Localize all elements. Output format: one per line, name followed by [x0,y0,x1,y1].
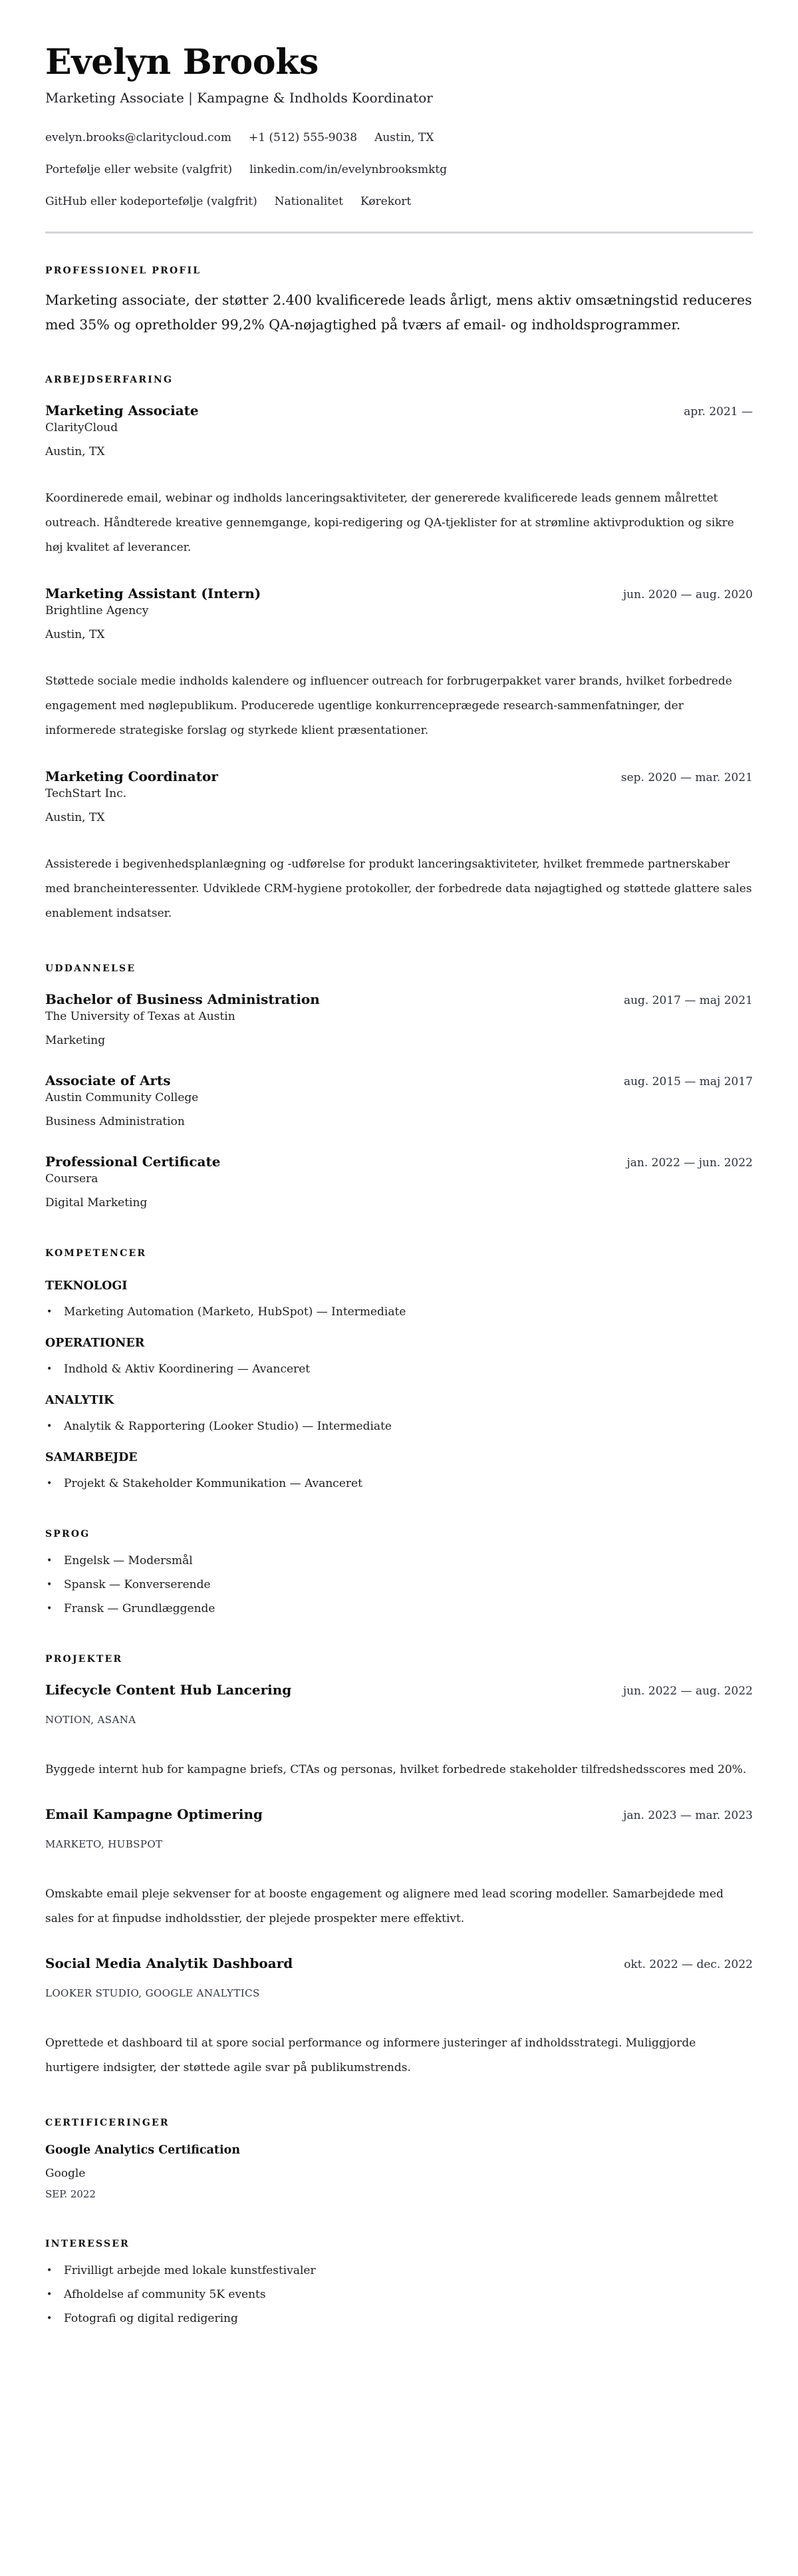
contact-nationality: Nationalitet [275,194,343,210]
job-dates: sep. 2020 — mar. 2021 [621,770,753,786]
job-company: Brightline Agency [45,603,753,619]
section-title-skills: KOMPETENCER [45,1247,753,1260]
contact-row-extra: GitHub eller kodeportefølje (valgfrit) N… [45,194,753,210]
education-dates: aug. 2015 — maj 2017 [624,1074,753,1090]
project-description: Omskabte email pleje sekvenser for at bo… [45,1882,753,1931]
project-header: Social Media Analytik Dashboardokt. 2022… [45,1954,753,1973]
job-location: Austin, TX [45,810,753,826]
header-divider [45,232,753,234]
bullet-icon: • [47,1361,52,1377]
section-title-projects: PROJEKTER [45,1653,753,1666]
degree-title: Professional Certificate [45,1152,220,1171]
job-entry: Marketing Coordinatorsep. 2020 — mar. 20… [45,767,753,926]
language-item-text: Spansk — Konverserende [64,1578,211,1591]
job-header: Marketing Coordinatorsep. 2020 — mar. 20… [45,767,753,786]
contact-row-primary: evelyn.brooks@claritycloud.com +1 (512) … [45,130,753,146]
skill-category-title: OPERATIONER [45,1335,753,1352]
education-dates: aug. 2017 — maj 2021 [624,993,753,1009]
job-title: Marketing Assistant (Intern) [45,584,261,603]
certification-name: Google Analytics Certification [45,2142,753,2159]
education-entry: Associate of Artsaug. 2015 — maj 2017Aus… [45,1071,753,1130]
skill-item: •Marketing Automation (Marketo, HubSpot)… [45,1304,753,1320]
section-languages: SPROG •Engelsk — Modersmål•Spansk — Konv… [45,1528,753,1617]
project-description: Byggede internt hub for kampagne briefs,… [45,1758,753,1782]
education-entry: Professional Certificatejan. 2022 — jun.… [45,1152,753,1211]
contact-portfolio[interactable]: Portefølje eller website (valgfrit) [45,162,232,178]
job-description: Koordinerede email, webinar og indholds … [45,486,753,560]
skill-list: •Indhold & Aktiv Koordinering — Avancere… [45,1361,753,1377]
project-dates: jun. 2022 — aug. 2022 [623,1683,753,1699]
language-item-text: Fransk — Grundlæggende [64,1602,215,1615]
skill-text: Analytik & Rapportering (Looker Studio) … [64,1420,392,1433]
language-item: •Spansk — Konverserende [45,1577,753,1593]
degree-title: Associate of Arts [45,1071,171,1090]
section-experience: ARBEJDSERFARING Marketing Associateapr. … [45,373,753,926]
interest-item: •Afholdelse af community 5K events [45,2287,753,2303]
job-location: Austin, TX [45,627,753,643]
skill-text: Projekt & Stakeholder Kommunikation — Av… [64,1477,362,1490]
project-tools: NOTION, ASANA [45,1712,753,1727]
project-entry: Email Kampagne Optimeringjan. 2023 — mar… [45,1805,753,1931]
bullet-icon: • [47,1577,52,1593]
job-header: Marketing Associateapr. 2021 — [45,401,753,420]
project-tools: LOOKER STUDIO, GOOGLE ANALYTICS [45,1986,753,2001]
project-entry: Social Media Analytik Dashboardokt. 2022… [45,1954,753,2080]
education-dates: jan. 2022 — jun. 2022 [627,1155,753,1171]
bullet-icon: • [47,1304,52,1320]
certification-entry: Google Analytics CertificationGoogleSEP.… [45,2142,753,2201]
job-location: Austin, TX [45,444,753,460]
job-title: Marketing Coordinator [45,767,218,786]
skill-item: •Indhold & Aktiv Koordinering — Avancere… [45,1361,753,1377]
bullet-icon: • [47,2287,52,2303]
section-certifications: CERTIFICERINGER Google Analytics Certifi… [45,2116,753,2201]
contact-phone[interactable]: +1 (512) 555-9038 [249,130,357,146]
languages-list: •Engelsk — Modersmål•Spansk — Konversere… [45,1553,753,1617]
job-description: Støttede sociale medie indholds kalender… [45,669,753,743]
job-entry: Marketing Assistant (Intern)jun. 2020 — … [45,584,753,743]
bullet-icon: • [47,2311,52,2327]
project-header: Lifecycle Content Hub Lanceringjun. 2022… [45,1681,753,1699]
job-entry: Marketing Associateapr. 2021 —ClarityClo… [45,401,753,560]
section-title-certifications: CERTIFICERINGER [45,2116,753,2130]
project-dates: okt. 2022 — dec. 2022 [624,1957,753,1973]
candidate-name: Evelyn Brooks [45,39,753,86]
section-education: UDDANNELSE Bachelor of Business Administ… [45,962,753,1211]
degree-title: Bachelor of Business Administration [45,990,320,1009]
project-title: Lifecycle Content Hub Lancering [45,1681,291,1699]
education-header: Associate of Artsaug. 2015 — maj 2017 [45,1071,753,1090]
skill-list: •Analytik & Rapportering (Looker Studio)… [45,1418,753,1434]
skill-category-title: TEKNOLOGI [45,1277,753,1295]
section-title-languages: SPROG [45,1528,753,1541]
certification-date: SEP. 2022 [45,2187,753,2201]
field-of-study: Digital Marketing [45,1195,753,1211]
field-of-study: Business Administration [45,1114,753,1130]
interest-item-text: Frivilligt arbejde med lokale kunstfesti… [64,2264,316,2277]
skill-list: •Projekt & Stakeholder Kommunikation — A… [45,1476,753,1492]
resume-page: Evelyn Brooks Marketing Associate | Kamp… [0,0,798,2366]
language-item: •Engelsk — Modersmål [45,1553,753,1569]
education-header: Bachelor of Business Administrationaug. … [45,990,753,1009]
education-header: Professional Certificatejan. 2022 — jun.… [45,1152,753,1171]
job-dates: apr. 2021 — [684,404,753,420]
skill-item: •Projekt & Stakeholder Kommunikation — A… [45,1476,753,1492]
project-header: Email Kampagne Optimeringjan. 2023 — mar… [45,1805,753,1824]
project-dates: jan. 2023 — mar. 2023 [623,1808,753,1824]
field-of-study: Marketing [45,1033,753,1048]
bullet-icon: • [47,1601,52,1617]
candidate-headline: Marketing Associate | Kampagne & Indhold… [45,86,753,109]
project-description: Oprettede et dashboard til at spore soci… [45,2031,753,2080]
job-dates: jun. 2020 — aug. 2020 [623,587,753,603]
section-title-education: UDDANNELSE [45,962,753,975]
interest-item: •Frivilligt arbejde med lokale kunstfest… [45,2263,753,2279]
job-header: Marketing Assistant (Intern)jun. 2020 — … [45,584,753,603]
job-company: ClarityCloud [45,420,753,436]
interest-item-text: Afholdelse af community 5K events [64,2288,266,2301]
bullet-icon: • [47,1553,52,1569]
certification-issuer: Google [45,2166,753,2181]
skill-category-title: SAMARBEJDE [45,1449,753,1466]
skill-text: Indhold & Aktiv Koordinering — Avanceret [64,1363,310,1376]
bullet-icon: • [47,1476,52,1492]
school-name: Coursera [45,1171,753,1187]
job-description: Assisterede i begivenhedsplanlægning og … [45,852,753,926]
job-company: TechStart Inc. [45,786,753,802]
project-entry: Lifecycle Content Hub Lanceringjun. 2022… [45,1681,753,1782]
profile-summary: Marketing associate, der støtter 2.400 k… [45,288,753,337]
contact-linkedin[interactable]: linkedin.com/in/evelynbrooksmktg [249,162,447,178]
job-title: Marketing Associate [45,401,199,420]
contact-email[interactable]: evelyn.brooks@claritycloud.com [45,130,231,146]
bullet-icon: • [47,2263,52,2279]
skill-list: •Marketing Automation (Marketo, HubSpot)… [45,1304,753,1320]
contact-github[interactable]: GitHub eller kodeportefølje (valgfrit) [45,194,257,210]
language-item-text: Engelsk — Modersmål [64,1554,193,1567]
section-skills: KOMPETENCER TEKNOLOGI•Marketing Automati… [45,1247,753,1492]
contact-row-links: Portefølje eller website (valgfrit) link… [45,162,753,178]
project-tools: MARKETO, HUBSPOT [45,1837,753,1851]
skill-text: Marketing Automation (Marketo, HubSpot) … [64,1305,406,1319]
project-title: Social Media Analytik Dashboard [45,1954,293,1973]
skill-category-title: ANALYTIK [45,1392,753,1409]
section-title-profile: PROFESSIONEL PROFIL [45,264,753,277]
bullet-icon: • [47,1418,52,1434]
school-name: Austin Community College [45,1090,753,1106]
contact-drivers-license: Kørekort [360,194,411,210]
resume-header: Evelyn Brooks Marketing Associate | Kamp… [45,39,753,210]
education-entry: Bachelor of Business Administrationaug. … [45,990,753,1048]
section-interests: INTERESSER •Frivilligt arbejde med lokal… [45,2237,753,2327]
interest-item: •Fotografi og digital redigering [45,2311,753,2327]
section-profile: PROFESSIONEL PROFIL Marketing associate,… [45,264,753,337]
section-projects: PROJEKTER Lifecycle Content Hub Lancerin… [45,1653,753,2080]
contact-location: Austin, TX [374,130,434,146]
language-item: •Fransk — Grundlæggende [45,1601,753,1617]
interest-item-text: Fotografi og digital redigering [64,2312,238,2325]
project-title: Email Kampagne Optimering [45,1805,263,1824]
interests-list: •Frivilligt arbejde med lokale kunstfest… [45,2263,753,2327]
section-title-interests: INTERESSER [45,2237,753,2251]
skill-item: •Analytik & Rapportering (Looker Studio)… [45,1418,753,1434]
section-title-experience: ARBEJDSERFARING [45,373,753,387]
school-name: The University of Texas at Austin [45,1009,753,1025]
